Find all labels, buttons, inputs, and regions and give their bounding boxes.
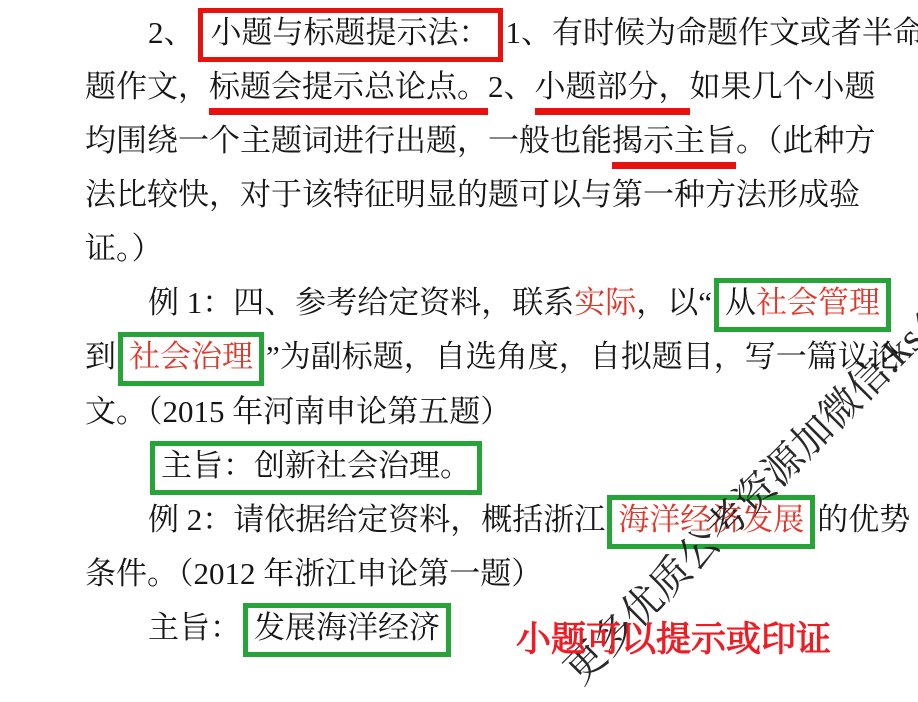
text-line: 主旨：发展海洋经济: [148, 601, 453, 655]
text-segment: 为副标题，自选角度，自拟题目，写一篇议论: [280, 339, 900, 374]
example-label: 例 2：: [148, 502, 233, 537]
text-line: 文。（2015 年河南申论第五题）: [85, 385, 511, 439]
text-segment: 主旨：: [148, 610, 241, 645]
text-line: 题作文，标题会提示总论点。2、小题部分，如果几个小题: [85, 60, 876, 114]
green-highlight-box: 从社会管理: [714, 278, 891, 332]
text-segment: 2、: [488, 69, 535, 104]
text-segment: 的优势: [817, 502, 910, 537]
text-line: 均围绕一个主题词进行出题，一般也能揭示主旨。（此种方: [85, 114, 876, 168]
green-highlight-box: 发展海洋经济: [243, 603, 451, 657]
text-line: 例 1：四、参考给定资料，联系实际，以“从社会管理: [148, 276, 893, 330]
text-line: 2、小题与标题提示法：1、有时候为命题作文或者半命: [148, 6, 918, 60]
text-line: 法比较快，对于该特征明显的题可以与第一种方法形成验: [85, 168, 860, 222]
text-line: 例 2：请依据给定资料，概括浙江海洋经济发展的优势: [148, 493, 910, 547]
text-line: 证。）: [85, 222, 163, 276]
text-segment: 请依据给定资料，概括浙江: [233, 502, 605, 537]
document-page: 更多优质公考资源加微信:ks4 2、小题与标题提示法：1、有时候为命题作文或者半…: [0, 0, 918, 702]
text-line: 到社会治理”为副标题，自选角度，自拟题目，写一篇议论: [85, 330, 900, 384]
red-underlined-phrase: 小题部分，: [535, 69, 690, 115]
red-keyword: 社会管理: [756, 285, 880, 320]
text-segment: 题作文，: [85, 69, 209, 104]
text-segment: 证。）: [85, 231, 163, 266]
source-reference: 条件。（2012 年浙江申论第一题）: [85, 556, 542, 591]
text-segment: 四、参考给定资料，联系: [233, 285, 574, 320]
example-label: 例 1：: [148, 285, 233, 320]
red-keyword: 实际: [574, 285, 636, 320]
text-segment: 。（此种方: [736, 123, 876, 158]
text-segment: 从: [725, 285, 756, 320]
text-segment: 法比较快，对于该特征明显的题可以与第一种方法形成验: [85, 177, 860, 212]
red-highlight-box: 小题与标题提示法：: [198, 8, 503, 62]
red-underlined-phrase: 标题会提示总论点。: [209, 69, 488, 115]
text-segment: 2、: [148, 15, 195, 50]
annotation-slogan: 小题可以提示或印证: [516, 620, 831, 660]
text-segment: 1、有时候为命题作文或者半命: [506, 15, 918, 50]
text-segment: ，以“: [636, 285, 712, 320]
text-line: 主旨：创新社会治理。: [148, 439, 484, 493]
text-segment: ”: [266, 339, 280, 374]
text-segment: 均围绕一个主题词进行出题，一般也能: [85, 123, 612, 158]
green-highlight-box: 主旨：创新社会治理。: [150, 441, 482, 495]
red-underlined-phrase: 揭示主旨: [612, 123, 736, 169]
source-reference: 文。（2015 年河南申论第五题）: [85, 394, 511, 429]
text-segment: 到: [85, 339, 116, 374]
green-highlight-box: 社会治理: [118, 332, 264, 386]
text-line: 条件。（2012 年浙江申论第一题）: [85, 547, 542, 601]
text-segment: 如果几个小题: [690, 69, 876, 104]
